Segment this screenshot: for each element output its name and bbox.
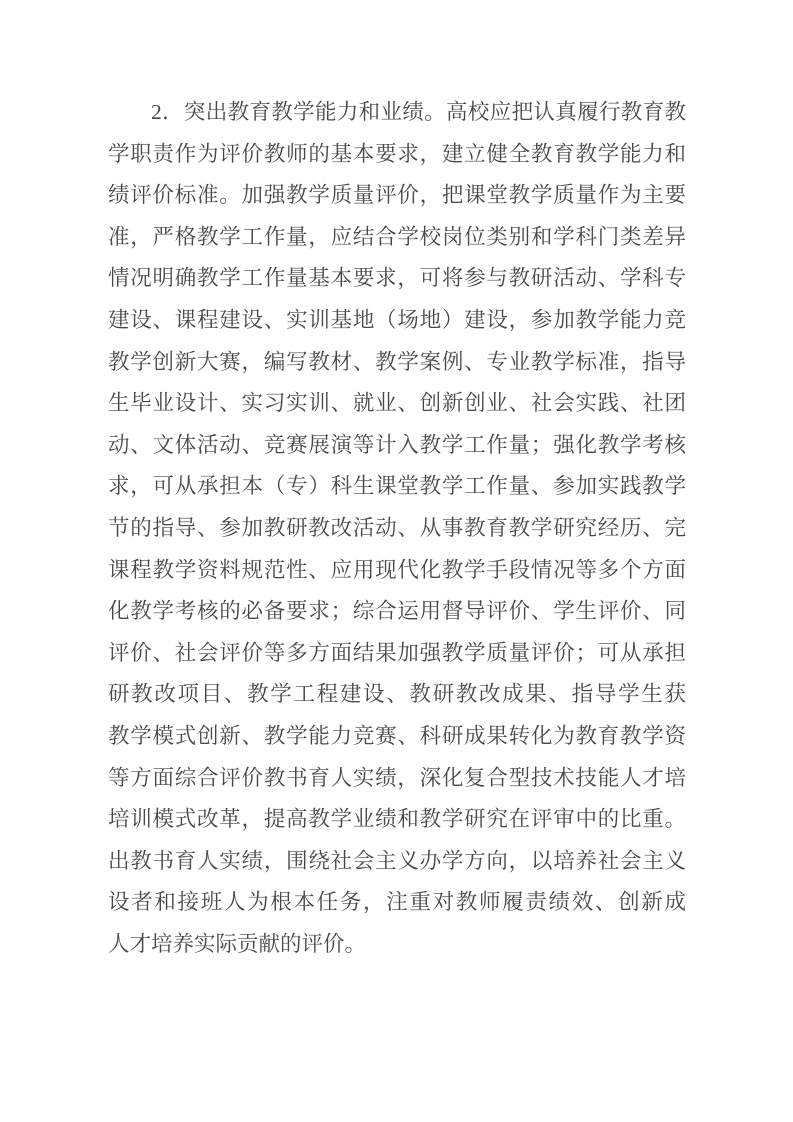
- text-line: 学职责作为评价教师的基本要求，建立健全教育教学能力和业: [108, 134, 686, 176]
- text-line: 2．突出教育教学能力和业绩。高校应把认真履行教育教: [108, 92, 686, 134]
- text-line: 生毕业设计、实习实训、就业、创新创业、社会实践、社团活: [108, 383, 686, 425]
- paragraph-text-block: 2．突出教育教学能力和业绩。高校应把认真履行教育教 学职责作为评价教师的基本要求…: [108, 92, 686, 965]
- document-page: 2．突出教育教学能力和业绩。高校应把认真履行教育教 学职责作为评价教师的基本要求…: [0, 0, 793, 1122]
- text-line: 培训模式改革，提高教学业绩和教学研究在评审中的比重。突: [108, 799, 686, 841]
- text-line: 研教改项目、教学工程建设、教研教改成果、指导学生获奖、: [108, 674, 686, 716]
- text-line: 教学模式创新、教学能力竞赛、科研成果转化为教育教学资源: [108, 716, 686, 758]
- text-line: 情况明确教学工作量基本要求，可将参与教研活动、学科专业: [108, 258, 686, 300]
- text-line: 建设、课程建设、实训基地（场地）建设，参加教学能力竞赛、: [108, 300, 686, 342]
- text-line: 等方面综合评价教书育人实绩，深化复合型技术技能人才培养: [108, 758, 686, 800]
- text-line: 出教书育人实绩，围绕社会主义办学方向，以培养社会主义建: [108, 841, 686, 883]
- text-line: 求，可从承担本（专）科生课堂教学工作量、参加实践教学环: [108, 466, 686, 508]
- text-line: 动、文体活动、竞赛展演等计入教学工作量；强化教学考核要: [108, 425, 686, 467]
- text-line: 设者和接班人为根本任务，注重对教师履责绩效、创新成果、: [108, 882, 686, 924]
- text-line: 绩评价标准。加强教学质量评价，把课堂教学质量作为主要标: [108, 175, 686, 217]
- text-line: 教学创新大赛，编写教材、教学案例、专业教学标准，指导学: [108, 342, 686, 384]
- text-line: 评价、社会评价等多方面结果加强教学质量评价；可从承担教: [108, 633, 686, 675]
- text-line: 人才培养实际贡献的评价。: [108, 924, 686, 966]
- text-line: 课程教学资料规范性、应用现代化教学手段情况等多个方面强: [108, 550, 686, 592]
- text-line: 节的指导、参加教研教改活动、从事教育教学研究经历、完成: [108, 508, 686, 550]
- text-line: 化教学考核的必备要求；综合运用督导评价、学生评价、同行: [108, 591, 686, 633]
- text-line: 准，严格教学工作量，应结合学校岗位类别和学科门类差异性: [108, 217, 686, 259]
